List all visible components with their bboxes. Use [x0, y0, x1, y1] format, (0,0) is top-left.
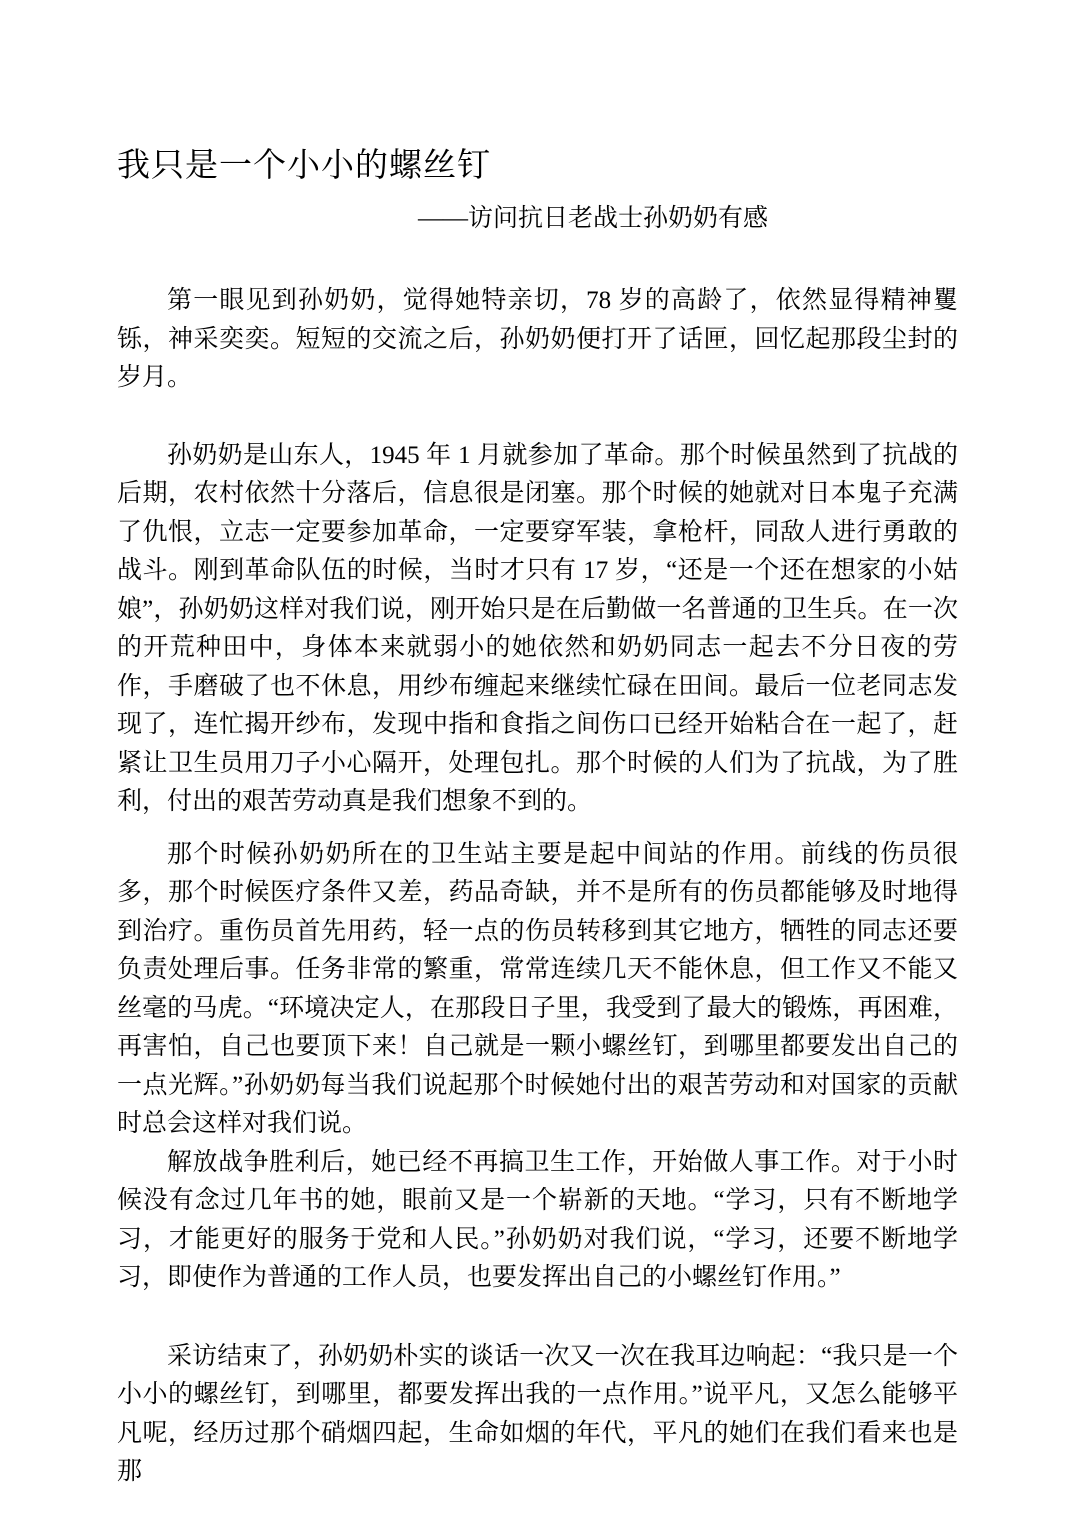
- document-title: 我只是一个小小的螺丝钉: [117, 143, 958, 189]
- document-body: 第一眼见到孙奶奶，觉得她特亲切，78 岁的高龄了，依然显得精神矍铄，神采奕奕。短…: [117, 282, 958, 1492]
- body-paragraph: 采访结束了，孙奶奶朴实的谈话一次又一次在我耳边响起：“我只是一个小小的螺丝钉，到…: [117, 1338, 958, 1492]
- document-subtitle: ——访问抗日老战士孙奶奶有感: [418, 200, 958, 238]
- body-paragraph: 那个时候孙奶奶所在的卫生站主要是起中间站的作用。前线的伤员很多，那个时候医疗条件…: [117, 836, 958, 1144]
- body-paragraph: 解放战争胜利后，她已经不再搞卫生工作，开始做人事工作。对于小时候没有念过几年书的…: [117, 1144, 958, 1298]
- body-paragraph: 第一眼见到孙奶奶，觉得她特亲切，78 岁的高龄了，依然显得精神矍铄，神采奕奕。短…: [117, 282, 958, 398]
- document-page: 我只是一个小小的螺丝钉 ——访问抗日老战士孙奶奶有感 第一眼见到孙奶奶，觉得她特…: [0, 0, 1087, 1536]
- body-paragraph: 孙奶奶是山东人，1945 年 1 月就参加了革命。那个时候虽然到了抗战的后期，农…: [117, 437, 958, 822]
